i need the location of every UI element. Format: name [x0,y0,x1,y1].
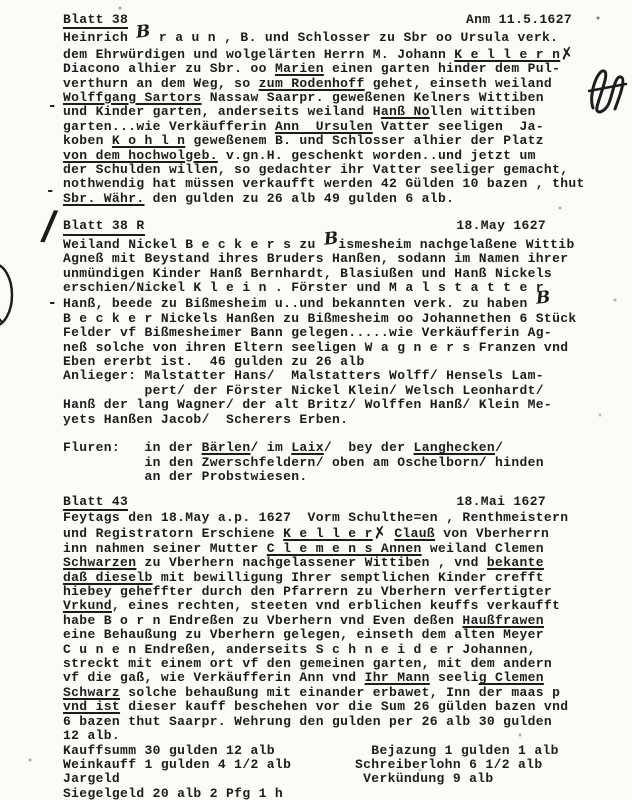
text-line: Verkündung 9 alb [355,772,606,786]
handwritten-letter-icon: B [136,25,152,41]
section-body: Weiland Nickel B e c k e r s zu Bismeshe… [63,236,606,485]
section-title: Blatt 43 [63,495,128,511]
text-line: Anlieger: Malstatter Hans/ Malstatters W… [63,369,606,383]
handwritten-margin-dash-icon: - [46,184,60,198]
text-line: Agneß mit Beystand ihres Bruders Hanßen,… [63,252,606,266]
text-line: in den Zwerschfeldern/ oben am Oschelbor… [63,456,606,470]
text-line: an der Probstwiesen. [63,470,606,484]
text-line: Siegelgeld 20 alb 2 Pfg 1 h [63,787,355,800]
section-title: Blatt 38 R [63,219,145,235]
section-blatt-38: Blatt 38 Anm 11.5.1627 Heinrich B r a u … [63,13,606,206]
text-line: und Registratorn Erschiene K e l l e r✗ … [63,525,606,541]
text-line: unmündigen Kinder Hanß Bernhardt, Blasiu… [63,267,606,281]
section-blatt-43: Blatt 43 18.Mai 1627 Feytags den 18.May … [63,495,606,800]
text-line: Heinrich B r a u n , B. und Schlosser zu… [63,29,606,45]
text-line: Schwarz solche behaußung mit einander er… [63,686,606,700]
section-date: 18.May 1627 [456,219,606,233]
text-line: Feytags den 18.May a.p. 1627 Vorm Schult… [63,511,606,525]
text-line: koben K o h l n geweßenem B. und Schloss… [63,134,606,148]
text-line [63,427,606,441]
section-blatt-38r: Blatt 38 R 18.May 1627 Weiland Nickel B … [63,219,606,484]
text-line: inn nahmen seiner Mutter C l e m e n s A… [63,542,606,556]
handwritten-margin-dash-icon: - [48,99,62,113]
text-line: habe B o r n Endreßen zu Vberhern vnd Ev… [63,614,606,628]
text-line: Sbr. Währ. den gulden zu 26 alb 49 gulde… [63,192,606,206]
text-line: verthurn an dem Weg, so zum Rodenhoff ge… [63,77,606,91]
text-line: Wolffgang Sartors Nassaw Saarpr. geweßen… [63,91,606,105]
section-body: Heinrich B r a u n , B. und Schlosser zu… [63,29,606,206]
text-line: hiebey geheffter durch den Pfarrern zu V… [63,585,606,599]
text-line: vnd ist dieser kauff beschehen vor die S… [63,700,606,714]
text-line: Fluren: in der Bärlen/ im Laix/ bey der … [63,441,606,455]
fee-column-right: Bejazung 1 gulden 1 albSchreiberlohn 6 1… [355,744,606,800]
fee-table: Kauffsumm 30 gulden 12 albWeinkauff 1 gu… [63,744,606,800]
text-line: Felder vf Bißmesheimer Bann gelegen.....… [63,326,606,340]
text-line: Weiland Nickel B e c k e r s zu Bismeshe… [63,236,606,252]
text-line: von dem hochwolgeb. v.gn.H. geschenkt wo… [63,149,606,163]
text-line: Hanß der lang Wagner/ der alt Britz/ Wol… [63,398,606,412]
text-line: daß dieselb mit bewilligung Ihrer semptl… [63,571,606,585]
handwritten-check-icon: ✗ [372,525,388,542]
document-text-column: Blatt 38 Anm 11.5.1627 Heinrich B r a u … [63,13,606,800]
handwritten-circle-icon [0,258,26,332]
text-line: Diacono alhier zu Sbr. oo Marien einen g… [63,62,606,76]
text-line: 6 bazen thut Saarpr. Wehrung den gulden … [63,715,606,729]
text-line: streckt mit einem ort vf den gemeinen ga… [63,657,606,671]
handwritten-check-icon: ✗ [559,46,575,63]
text-line: Bejazung 1 gulden 1 alb [355,744,606,758]
section-title: Blatt 38 [63,13,128,29]
text-line: 12 alb. [63,729,606,743]
section-date: Anm 11.5.1627 [466,13,606,27]
text-line: und Kinder garten, anderseits weiland Ha… [63,105,606,119]
text-line: pert/ der Förster Nickel Klein/ Welsch L… [63,384,606,398]
handwritten-paraph-icon [584,62,630,120]
text-line: Schreiberlohn 6 1/2 alb [355,758,606,772]
text-line: dem Ehrwürdigen und wolgelärten Herrn M.… [63,46,606,62]
fee-column-left: Kauffsumm 30 gulden 12 albWeinkauff 1 gu… [63,744,355,800]
text-line: Weinkauff 1 gulden 4 1/2 alb [63,758,355,772]
handwritten-margin-dash-icon: - [48,296,62,310]
handwritten-slash-icon: / [40,205,59,246]
text-line: vf die gaß, wie Verkäufferin Ann vnd Ihr… [63,671,606,685]
text-line: garten...wie Verkäufferin Ann Ursulen Va… [63,120,606,134]
text-line: neß solche von ihren Eltern seeligen W a… [63,341,606,355]
text-line: Schwarzen zu Vberhern nachgelassener Wit… [63,556,606,570]
text-line: yets Hanßen Jacob/ Scherers Erben. [63,413,606,427]
text-line: Hanß, beede zu Bißmesheim u..und bekannt… [63,295,606,311]
text-line: Eben ererbt ist. 46 gulden zu 26 alb [63,355,606,369]
text-line: Kauffsumm 30 gulden 12 alb [63,744,355,758]
text-line: C u n e n Endreßen, anderseits S c h n e… [63,643,606,657]
text-line: der Schulden willen, so gedachter ihr Va… [63,163,606,177]
section-heading-row: Blatt 43 18.Mai 1627 [63,495,606,511]
text-line: erschien/Nickel K l e i n . Förster und … [63,281,606,295]
text-line: Jargeld [63,772,355,786]
scanned-document-page: Blatt 38 Anm 11.5.1627 Heinrich B r a u … [0,0,632,800]
text-line: eine Behaußung zu Vberhern gelegen, eins… [63,628,606,642]
text-line: nothwendig hat müssen verkaufft werden 4… [63,177,606,191]
handwritten-letter-icon: B [535,291,551,307]
text-line: B e c k e r Nickels Hanßen zu Bißmesheim… [63,312,606,326]
section-body: Feytags den 18.May a.p. 1627 Vorm Schult… [63,511,606,744]
section-date: 18.Mai 1627 [456,495,606,509]
handwritten-letter-icon: B [323,231,339,247]
text-line: Vrkund, eines rechten, steeten vnd erbli… [63,599,606,613]
